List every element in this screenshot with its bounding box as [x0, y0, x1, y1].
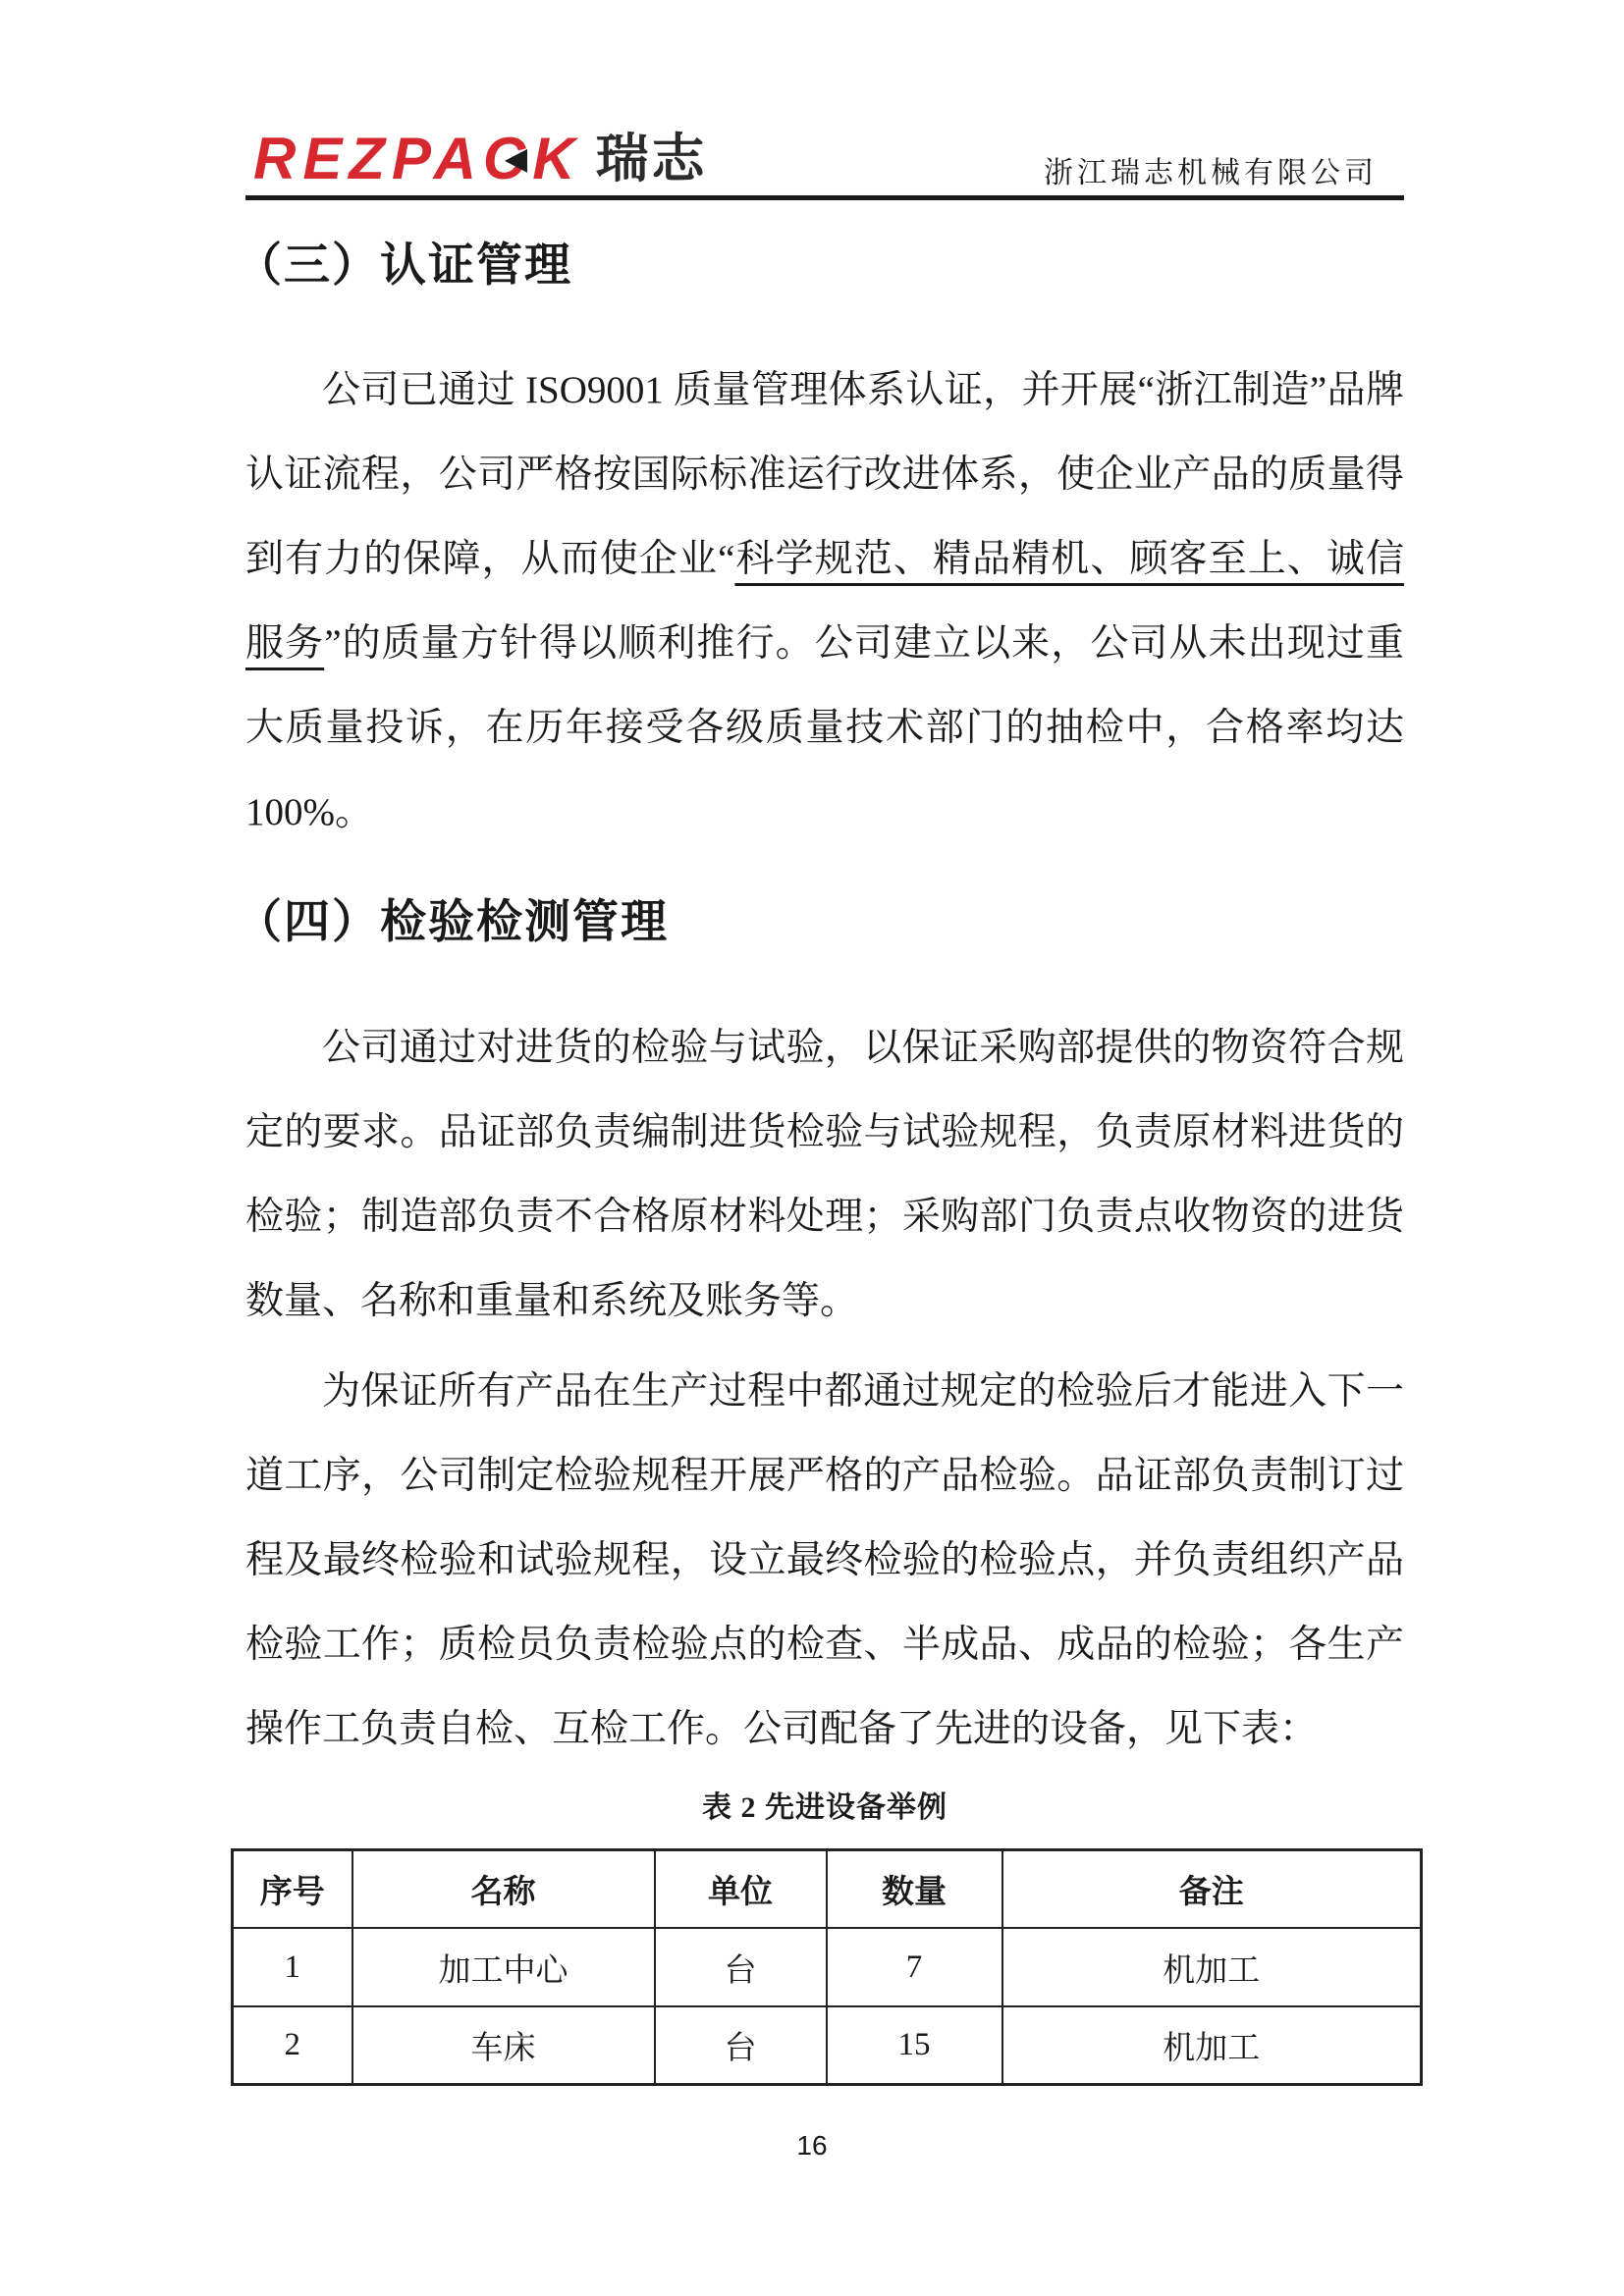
section-heading-4: （四）检验检测管理	[236, 894, 1404, 951]
paragraph-certification: 公司已通过 ISO9001 质量管理体系认证，并开展“浙江制造”品牌认证流程，公…	[245, 348, 1404, 855]
equipment-table: 序号 名称 单位 数量 备注 1 加工中心 台 7 机加工 2 车床 台 15 …	[231, 1848, 1423, 2086]
section-heading-3: （三）认证管理	[236, 238, 1404, 294]
logo-wordmark-cn: 瑞志	[596, 122, 708, 195]
table-caption: 表 2 先进设备举例	[245, 1787, 1404, 1830]
company-logo: REZPACK 瑞志	[253, 122, 708, 195]
col-header-unit: 单位	[655, 1850, 827, 1929]
paragraph-incoming-inspection: 公司通过对进货的检验与试验，以保证采购部提供的物资符合规定的要求。品证部负责编制…	[245, 1006, 1404, 1344]
cell-remark: 机加工	[1002, 1928, 1422, 2006]
col-header-remark: 备注	[1002, 1850, 1422, 1929]
cell-remark: 机加工	[1002, 2006, 1422, 2085]
cell-index: 1	[233, 1928, 352, 2006]
cell-unit: 台	[655, 2006, 827, 2085]
cell-index: 2	[233, 2006, 352, 2085]
table-row: 2 车床 台 15 机加工	[233, 2006, 1422, 2085]
paragraph-certification-seg3: ”的质量方针得以顺利推行。公司建立以来，公司从未出现过重大质量投诉，在历年接受各…	[245, 622, 1404, 833]
col-header-index: 序号	[233, 1850, 352, 1929]
logo-wordmark-en: REZPACK	[253, 122, 582, 195]
document-page: REZPACK 瑞志 浙江瑞志机械有限公司 （三）认证管理 公司已通过 ISO9…	[0, 0, 1624, 2296]
cell-quantity: 15	[827, 2006, 1002, 2085]
col-header-name: 名称	[352, 1850, 655, 1929]
cell-unit: 台	[655, 1928, 827, 2006]
cell-quantity: 7	[827, 1928, 1002, 2006]
cell-name: 车床	[352, 2006, 655, 2085]
company-name: 浙江瑞志机械有限公司	[1044, 154, 1378, 195]
logo-arrow-icon	[505, 148, 527, 172]
cell-name: 加工中心	[352, 1928, 655, 2006]
table-header-row: 序号 名称 单位 数量 备注	[233, 1850, 1422, 1929]
page-header: REZPACK 瑞志 浙江瑞志机械有限公司	[245, 118, 1404, 200]
paragraph-process-inspection: 为保证所有产品在生产过程中都通过规定的检验后才能进入下一道工序，公司制定检验规程…	[245, 1350, 1404, 1772]
table-row: 1 加工中心 台 7 机加工	[233, 1928, 1422, 2006]
col-header-quantity: 数量	[827, 1850, 1002, 1929]
page-number: 16	[0, 2130, 1624, 2162]
